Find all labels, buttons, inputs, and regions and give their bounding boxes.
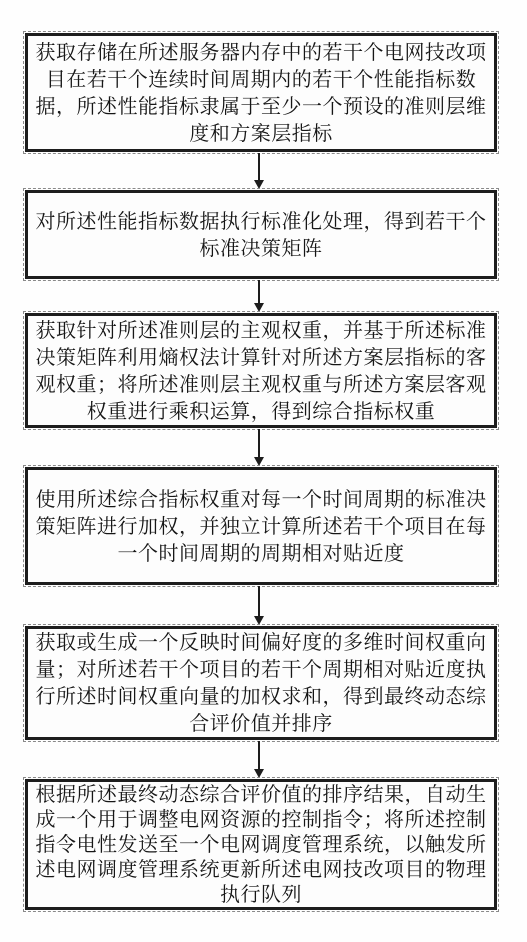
arrowhead-down-icon xyxy=(254,457,264,466)
flow-step-2: 对所述性能指标数据执行标准化处理，得到若干个 标准决策矩阵 xyxy=(25,190,497,279)
connector-1 xyxy=(252,153,266,189)
connector-3-line xyxy=(258,429,260,458)
flow-step-5-text: 获取或生成一个反映时间偏好度的多维时间权重向 量；对所述若干个项目的若干个周期相… xyxy=(28,629,494,737)
connector-4-line xyxy=(258,586,260,617)
arrowhead-down-icon xyxy=(254,769,264,778)
flow-step-2-text: 对所述性能指标数据执行标准化处理，得到若干个 标准决策矩阵 xyxy=(28,208,494,262)
connector-2-line xyxy=(258,280,260,304)
flow-step-6-text: 根据所述最终动态综合评价值的排序结果，自动生 成一个用于调整电网资源的控制指令；… xyxy=(28,782,494,907)
flow-step-5: 获取或生成一个反映时间偏好度的多维时间权重向 量；对所述若干个项目的若干个周期相… xyxy=(25,626,497,740)
connector-5 xyxy=(252,741,266,778)
flow-step-1: 获取存储在所述服务器内存中的若干个电网技改项 目在若干个连续时间周期内的若干个性… xyxy=(25,33,497,152)
flow-step-1-text: 获取存储在所述服务器内存中的若干个电网技改项 目在若干个连续时间周期内的若干个性… xyxy=(28,39,494,147)
flow-step-3-text: 获取针对所述准则层的主观权重，并基于所述标准 决策矩阵利用熵权法计算针对所述方案… xyxy=(28,317,494,425)
flowchart-page: 获取存储在所述服务器内存中的若干个电网技改项 目在若干个连续时间周期内的若干个性… xyxy=(0,0,527,942)
flow-step-4: 使用所述综合指标权重对每一个时间周期的标准决 策矩阵进行加权，并独立计算所述若干… xyxy=(25,467,497,585)
flow-step-3: 获取针对所述准则层的主观权重，并基于所述标准 决策矩阵利用熵权法计算针对所述方案… xyxy=(25,313,497,428)
flow-step-4-text: 使用所述综合指标权重对每一个时间周期的标准决 策矩阵进行加权，并独立计算所述若干… xyxy=(28,486,494,567)
connector-5-line xyxy=(258,741,260,770)
connector-3 xyxy=(252,429,266,466)
arrowhead-down-icon xyxy=(254,303,264,312)
connector-1-line xyxy=(258,153,260,181)
flow-step-6: 根据所述最终动态综合评价值的排序结果，自动生 成一个用于调整电网资源的控制指令；… xyxy=(25,779,497,910)
connector-2 xyxy=(252,280,266,312)
arrowhead-down-icon xyxy=(254,180,264,189)
arrowhead-down-icon xyxy=(254,616,264,625)
connector-4 xyxy=(252,586,266,625)
